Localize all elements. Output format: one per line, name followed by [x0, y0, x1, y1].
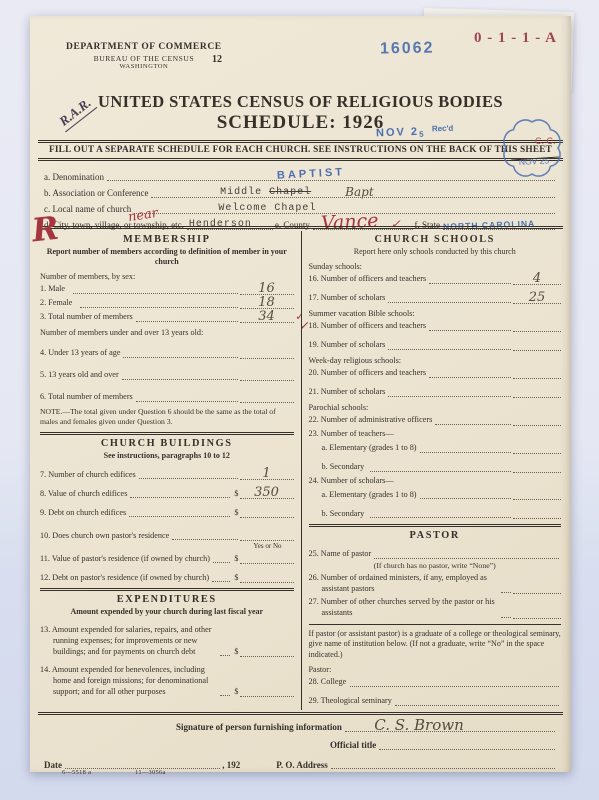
signature-label: Signature of person furnishing informati… [176, 722, 342, 733]
question-23b: b. Secondary [309, 462, 562, 473]
dotted-leader [429, 329, 511, 331]
q10-answer-blank [240, 530, 294, 541]
q15-answer-blank [240, 708, 294, 710]
local-name-value: Welcome Chapel [218, 203, 316, 215]
dotted-leader [429, 282, 511, 284]
yes-or-no-hint: Yes or No [40, 542, 294, 550]
question-16: 16. Number of officers and teachers 4 [309, 274, 562, 285]
question-23: 23. Number of teachers— [309, 429, 562, 440]
dollar-sign: $ [234, 573, 238, 584]
q4-answer-blank [240, 348, 294, 359]
q6-answer-blank [240, 392, 294, 403]
dollar-sign: $ [234, 508, 238, 519]
dotted-leader [420, 451, 511, 453]
question-3: 3. Total number of members 34✓ [40, 312, 294, 323]
dollar-sign: $ [234, 489, 238, 500]
schools-subtitle: Report here only schools conducted by th… [315, 247, 556, 257]
group-sunday: Sunday schools: [309, 262, 562, 271]
question-28: 28. College [309, 677, 562, 688]
question-21: 21. Number of scholars [309, 387, 562, 398]
q19-answer-blank [513, 340, 561, 351]
q29-label: 29. Theological seminary [309, 696, 392, 707]
question-19: 19. Number of scholars [309, 340, 562, 351]
right-column: ✓ CHURCH SCHOOLS Report here only school… [301, 231, 562, 710]
signature-row: Signature of person furnishing informati… [44, 722, 557, 733]
dollar-sign: $ [234, 709, 238, 710]
q26-answer-blank [513, 583, 561, 594]
q27-label: 27. Number of other churches served by t… [309, 597, 499, 618]
dotted-leader [370, 516, 511, 518]
q12-answer-blank [240, 572, 294, 583]
q5-answer-blank [240, 370, 294, 381]
dotted-leader [73, 292, 238, 294]
dotted-leader [435, 423, 511, 425]
q16-answer-blank: 4 [513, 274, 561, 285]
official-title-label: Official title [330, 740, 376, 751]
dotted-leader: Middle Chapel Bapt [151, 196, 555, 198]
question-7: 7. Number of church edifices 1 [40, 469, 294, 480]
q4-label: 4. Under 13 years of age [40, 348, 120, 359]
date-year-prefix: , 192 [222, 760, 240, 771]
q3-label: 3. Total number of members [40, 312, 133, 323]
dotted-leader [379, 748, 555, 750]
serial-number-stamp: 16062 [380, 40, 435, 59]
buildings-subtitle: See instructions, paragraphs 10 to 12 [46, 451, 288, 461]
question-29: 29. Theological seminary [309, 696, 562, 707]
q15-label: 15. Total expenditures during year [40, 709, 152, 710]
field-denomination: a. Denomination BAPTIST [44, 172, 557, 183]
dotted-leader [130, 496, 230, 498]
question-20: 20. Number of officers and teachers [309, 368, 562, 379]
official-title-row: Official title [44, 740, 557, 751]
dollar-sign: $ [234, 647, 238, 658]
cc-stamp-text: C. C. [535, 136, 556, 146]
margin-letter-r: R [30, 209, 60, 250]
date-label: Date [44, 760, 62, 771]
denomination-label: a. Denomination [44, 172, 104, 183]
q8-value: 350 [240, 486, 294, 499]
dotted-leader [388, 348, 511, 350]
dotted-leader [388, 395, 511, 397]
group-pastor: Pastor: [309, 665, 562, 674]
dotted-leader [501, 591, 511, 593]
received-date-stamp: NOV 25 Rec'd [376, 121, 454, 142]
question-14: 14. Amount expended for benevolences, in… [40, 665, 294, 697]
field-local-name: c. Local name of church Welcome Chapel [44, 204, 557, 215]
membership-subtitle: Report number of members according to de… [46, 247, 288, 267]
question-27: 27. Number of other churches served by t… [309, 597, 562, 618]
q3-value: 34 [240, 310, 294, 323]
q3-answer-blank: 34✓ [240, 312, 294, 323]
q2-value: 18 [240, 296, 294, 309]
dotted-leader [374, 557, 559, 559]
q17-answer-blank: 25 [513, 293, 561, 304]
q13-answer-blank [240, 646, 294, 657]
dotted-leader [172, 538, 237, 540]
q27-answer-blank [513, 608, 561, 619]
q5-label: 5. 13 years old and over [40, 370, 119, 381]
q9-answer-blank [240, 507, 294, 518]
q8-answer-blank: 350 [240, 488, 294, 499]
q26-label: 26. Number of ordained ministers, if any… [309, 573, 499, 594]
dotted-leader [429, 376, 511, 378]
group-header-sex: Number of members, by sex: [40, 272, 294, 281]
q23a-answer-blank [513, 443, 561, 454]
bureau-name: BUREAU OF THE CENSUS [66, 54, 222, 63]
pastor-title: PASTOR [309, 530, 562, 541]
church-identity-fields: near a. Denomination BAPTIST b. Associat… [44, 166, 557, 231]
dotted-leader [395, 704, 559, 706]
margin-checkmark: ✓ [301, 318, 311, 334]
question-23a: a. Elementary (grades 1 to 8) [309, 443, 562, 454]
q10-label: 10. Does church own pastor's residence [40, 531, 169, 542]
denomination-value-stamp: BAPTIST [277, 166, 346, 183]
county-checkmark: ✓ [391, 217, 401, 231]
dotted-leader [136, 400, 238, 402]
dotted-leader [129, 515, 230, 517]
form-title: UNITED STATES CENSUS OF RELIGIOUS BODIES [30, 92, 571, 112]
q18-label: 18. Number of officers and teachers [309, 321, 427, 332]
dotted-leader [420, 497, 511, 499]
question-24a: a. Elementary (grades 1 to 8) [309, 489, 562, 500]
q17-label: 17. Number of scholars [309, 293, 386, 304]
q17-value: 25 [513, 291, 561, 304]
columns-top-rule [38, 226, 563, 229]
q20-label: 20. Number of officers and teachers [309, 368, 427, 379]
struck-word: Chapel [269, 187, 311, 198]
census-schedule-form: DEPARTMENT OF COMMERCE BUREAU OF THE CEN… [30, 16, 571, 772]
dotted-leader [220, 654, 230, 656]
q2-answer-blank: 18 [240, 298, 294, 309]
question-8: 8. Value of church edifices $ 350 [40, 488, 294, 499]
q13-label: 13. Amount expended for salaries, repair… [40, 625, 217, 657]
file-code-annotation: 0 - 1 - 1 - A [474, 30, 557, 47]
no-pastor-hint: (If church has no pastor, write “None”) [309, 561, 562, 570]
association-label: b. Association or Conference [44, 188, 148, 199]
cloud-outline [504, 120, 560, 176]
q24b-answer-blank [513, 508, 561, 519]
question-5: 5. 13 years old and over [40, 370, 294, 381]
q25-label: 25. Name of pastor [309, 549, 372, 560]
q7-value: 1 [240, 467, 294, 480]
form-page-number: 12 [212, 54, 222, 65]
question-18: 18. Number of officers and teachers [309, 321, 562, 332]
dotted-leader [123, 356, 237, 358]
group-weekday: Week-day religious schools: [309, 356, 562, 365]
received-date: NOV 2 [376, 126, 419, 139]
q8-label: 8. Value of church edifices [40, 489, 127, 500]
banner-rule-bottom [38, 158, 563, 161]
question-9: 9. Debt on church edifices $ [40, 507, 294, 518]
question-2: 2. Female 18 [40, 298, 294, 309]
dotted-leader [388, 301, 511, 303]
q23b-label: b. Secondary [309, 462, 368, 473]
question-13: 13. Amount expended for salaries, repair… [40, 625, 294, 657]
question-4: 4. Under 13 years of age [40, 348, 294, 359]
department-name: DEPARTMENT OF COMMERCE [66, 42, 222, 54]
po-address-label: P. O. Address [276, 760, 328, 771]
q16-label: 16. Number of officers and teachers [309, 274, 427, 285]
bureau-city: WASHINGTON [66, 63, 222, 71]
question-11: 11. Value of pastor's residence (if owne… [40, 553, 294, 564]
received-word: Rec'd [432, 124, 454, 134]
form-code-right: 11—3056a [135, 769, 166, 776]
question-24b: b. Secondary [309, 508, 562, 519]
q24b-label: b. Secondary [309, 509, 368, 520]
q1-value: 16 [240, 282, 294, 295]
q28-label: 28. College [309, 677, 347, 688]
dotted-leader [122, 378, 238, 380]
graduate-instruction: If pastor (or assistant pastor) is a gra… [309, 629, 562, 661]
question-22: 22. Number of administrative officers [309, 415, 562, 426]
question-25: 25. Name of pastor [309, 549, 562, 560]
field-association: b. Association or Conference Middle Chap… [44, 188, 557, 199]
association-pencil-note: Bapt [345, 185, 373, 199]
membership-title: MEMBERSHIP [40, 234, 294, 245]
q12-label: 12. Debt on pastor's residence (if owned… [40, 573, 209, 584]
q24-label: 24. Number of scholars— [309, 476, 394, 487]
q22-answer-blank [513, 415, 561, 426]
banner-rule-top [38, 140, 563, 143]
dotted-leader [370, 470, 511, 472]
q21-label: 21. Number of scholars [309, 387, 386, 398]
dotted-leader: BAPTIST [107, 179, 555, 181]
q7-label: 7. Number of church edifices [40, 470, 136, 481]
signature-value: C. S. Brown [374, 716, 463, 734]
footer-rule [38, 712, 563, 715]
instruction-banner: FILL OUT A SEPARATE SCHEDULE FOR EACH CH… [30, 145, 571, 155]
group-header-age: Number of members under and over 13 year… [40, 328, 294, 337]
agency-block: DEPARTMENT OF COMMERCE BUREAU OF THE CEN… [66, 42, 222, 72]
schools-title: CHURCH SCHOOLS [309, 234, 562, 245]
dollar-sign: $ [234, 687, 238, 698]
schedule-title: SCHEDULE: 1926 [30, 112, 571, 134]
form-code-left: 6—5518 a [62, 769, 91, 776]
section-divider [40, 432, 294, 435]
section-divider [309, 524, 562, 527]
q20-answer-blank [513, 368, 561, 379]
q1-answer-blank: 16 [240, 284, 294, 295]
q23-label: 23. Number of teachers— [309, 429, 394, 440]
q9-label: 9. Debt on church edifices [40, 508, 126, 519]
q24a-label: a. Elementary (grades 1 to 8) [309, 490, 417, 501]
cc-stamp-date: NOV 25 [519, 155, 550, 167]
group-summer: Summer vacation Bible schools: [309, 309, 562, 318]
dollar-sign: $ [234, 554, 238, 565]
expenditures-title: EXPENDITURES [40, 594, 294, 605]
question-15: 15. Total expenditures during year $ [40, 708, 294, 710]
q21-answer-blank [513, 387, 561, 398]
dotted-leader [80, 306, 237, 308]
form-codes: 6—5518 a 11—3056a [62, 769, 208, 776]
q1-label: 1. Male [40, 284, 70, 295]
q16-value: 4 [513, 272, 561, 285]
expenditures-subtitle: Amount expended by your church during la… [46, 607, 288, 617]
spacer [40, 518, 294, 527]
question-12: 12. Debt on pastor's residence (if owned… [40, 572, 294, 583]
form-body-columns: MEMBERSHIP Report number of members acco… [40, 231, 561, 710]
question-24: 24. Number of scholars— [309, 476, 562, 487]
q7-answer-blank: 1 [240, 469, 294, 480]
left-column: MEMBERSHIP Report number of members acco… [40, 231, 301, 710]
q24a-answer-blank [513, 489, 561, 500]
dotted-leader: C. S. Brown [345, 730, 555, 732]
single-rule [309, 624, 562, 625]
dotted-leader [501, 616, 511, 618]
question-10: 10. Does church own pastor's residence [40, 530, 294, 541]
question-1: 1. Male 16 [40, 284, 294, 295]
dotted-leader [331, 767, 555, 769]
question-6: 6. Total number of members [40, 392, 294, 403]
q2-label: 2. Female [40, 298, 77, 309]
association-value: Middle Chapel [220, 187, 311, 199]
q14-label: 14. Amount expended for benevolences, in… [40, 665, 217, 697]
buildings-title: CHURCH BUILDINGS [40, 438, 294, 449]
section-divider [40, 588, 294, 591]
dotted-leader [139, 477, 238, 479]
q11-answer-blank [240, 553, 294, 564]
dotted-leader [136, 320, 238, 322]
q11-label: 11. Value of pastor's residence (if owne… [40, 554, 210, 565]
q23b-answer-blank [513, 462, 561, 473]
dotted-leader [350, 685, 559, 687]
signature-block: Signature of person furnishing informati… [44, 717, 557, 770]
question-26: 26. Number of ordained ministers, if any… [309, 573, 562, 594]
q18-answer-blank [513, 321, 561, 332]
q22-label: 22. Number of administrative officers [309, 415, 433, 426]
dotted-leader [213, 561, 230, 563]
q6-label: 6. Total number of members [40, 392, 133, 403]
membership-note: NOTE.—The total given under Question 6 s… [40, 407, 294, 427]
cc-cloud-stamp: C. C. NOV 25 [497, 110, 569, 188]
q19-label: 19. Number of scholars [309, 340, 386, 351]
dotted-leader [220, 694, 230, 696]
question-17: 17. Number of scholars 25 [309, 293, 562, 304]
q14-answer-blank [240, 686, 294, 697]
group-parochial: Parochial schools: [309, 403, 562, 412]
dotted-leader [212, 580, 230, 582]
q23a-label: a. Elementary (grades 1 to 8) [309, 443, 417, 454]
